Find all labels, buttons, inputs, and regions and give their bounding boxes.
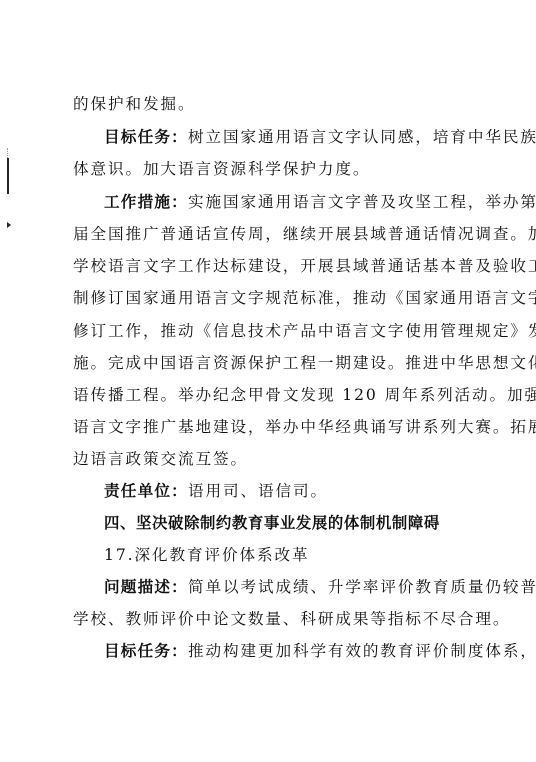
text-line: 修订工作，推动《信息技术产品中语言文字使用管理规定》发布实 [73, 321, 473, 341]
document-page: 的保护和发掘。 目标任务：树立国家通用语言文字认同感，培育中华民族共同 体意识。… [0, 0, 536, 762]
text-line: 制修订国家通用语言文字规范标准，推动《国家通用语言文字法》 [73, 288, 473, 308]
text-line: 学校、教师评价中论文数量、科研成果等指标不尽合理。 [73, 609, 473, 629]
section-heading: 四、坚决破除制约教育事业发展的体制机制障碍 [104, 513, 504, 533]
text-line: 体意识。加大语言资源科学保护力度。 [73, 159, 473, 179]
subsection-title: 17.深化教育评价体系改革 [104, 545, 504, 565]
text-line: 学校语言文字工作达标建设，开展县域普通话基本普及验收工作。 [73, 256, 473, 276]
text-line: 语传播工程。举办纪念甲骨文发现 120 周年系列活动。加强国家 [73, 385, 473, 405]
paragraph-goal-2: 目标任务：推动构建更加科学有效的教育评价制度体系，着力 [104, 641, 504, 661]
text-line: 语言文字推广基地建设，举办中华经典诵写讲系列大赛。拓展双 [73, 417, 473, 437]
binding-mark-arrow [7, 222, 11, 228]
paragraph-goal: 目标任务：树立国家通用语言文字认同感，培育中华民族共同 [104, 127, 504, 147]
text-line: 的保护和发掘。 [73, 94, 473, 114]
binding-mark-dots [7, 148, 9, 158]
paragraph-problem: 问题描述：简单以考试成绩、升学率评价教育质量仍较普遍。 [104, 577, 504, 597]
binding-mark-line [7, 158, 9, 194]
text-line: 边语言政策交流互签。 [73, 449, 473, 469]
paragraph-measures: 工作措施：实施国家通用语言文字普及攻坚工程，举办第 22 [104, 192, 504, 212]
paragraph-responsible: 责任单位：语用司、语信司。 [104, 481, 504, 501]
text-line: 施。完成中国语言资源保护工程一期建设。推进中华思想文化术 [73, 353, 473, 373]
text-line: 届全国推广普通话宣传周，继续开展县域普通话情况调查。加强 [73, 224, 473, 244]
